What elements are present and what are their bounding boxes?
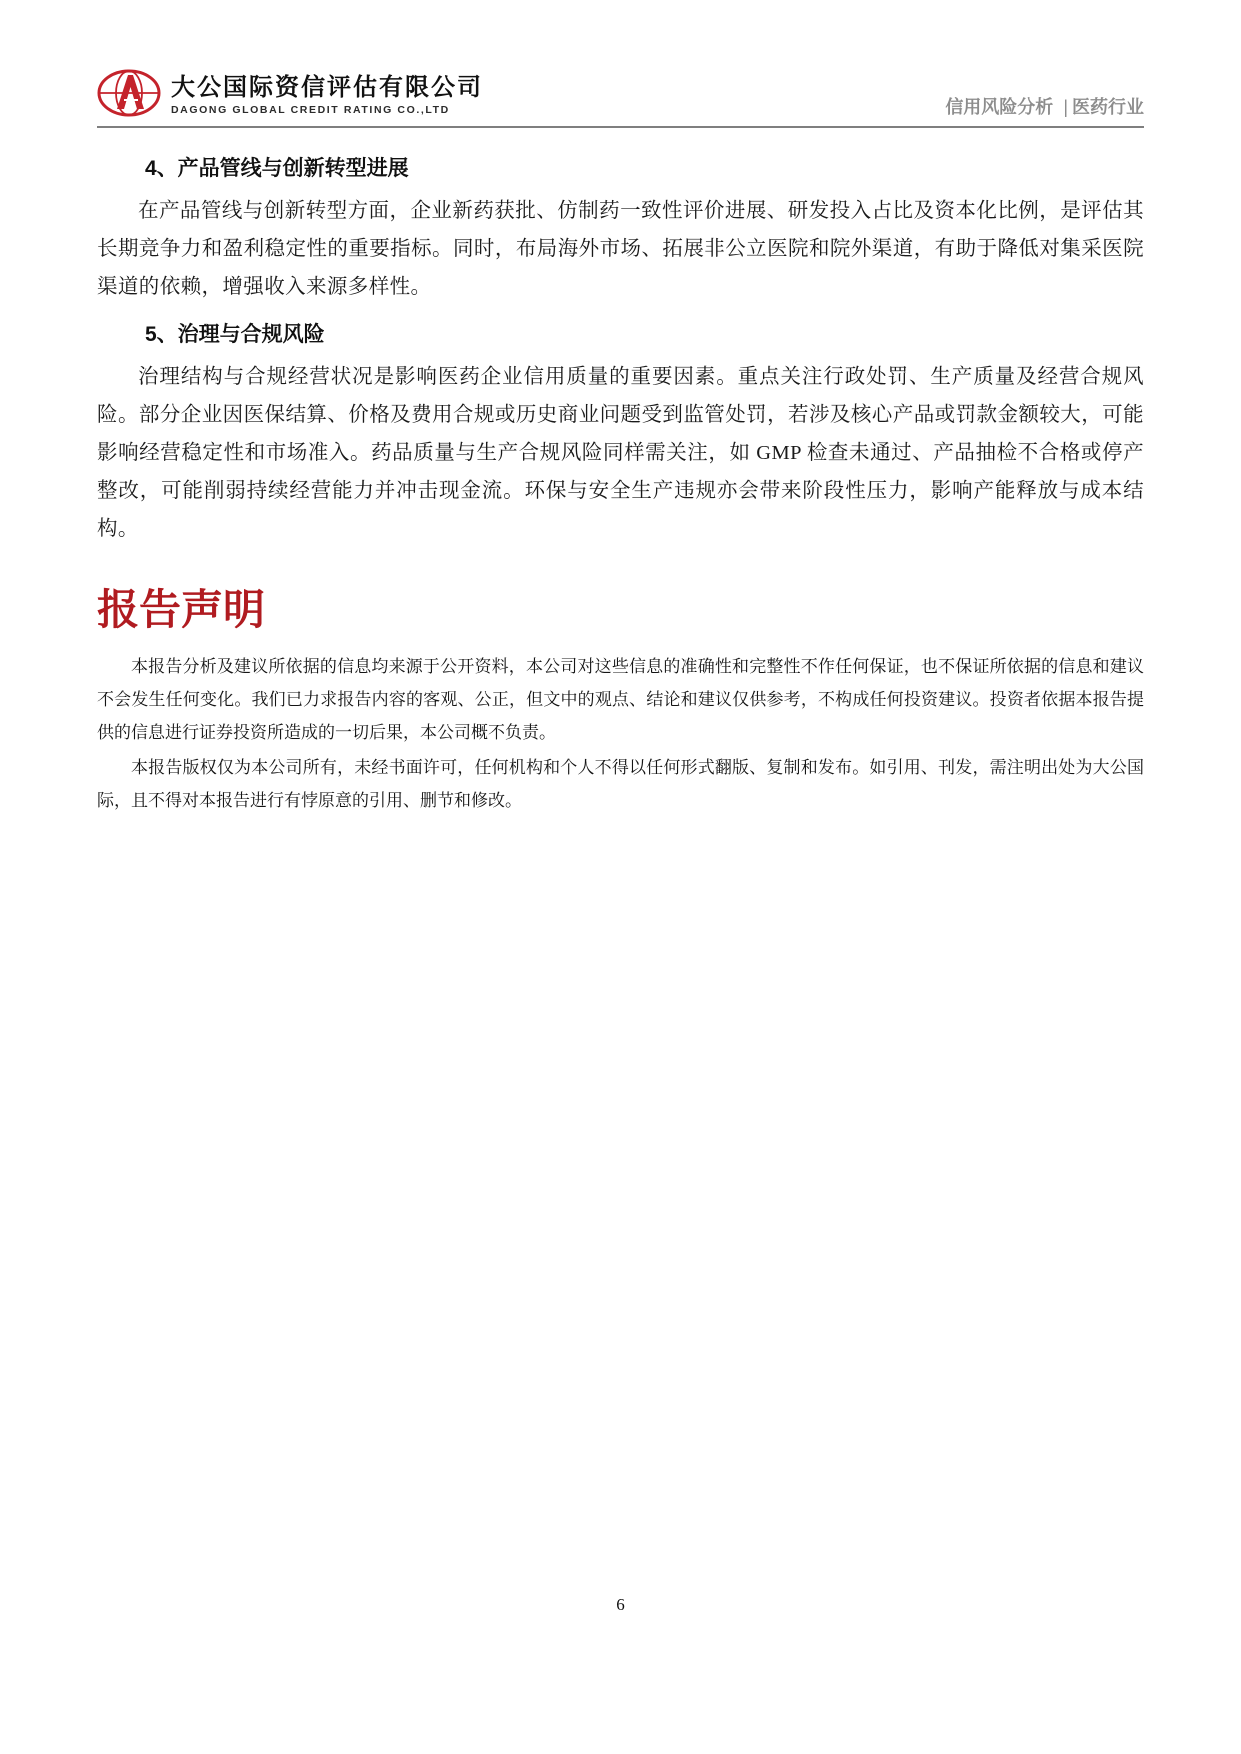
company-name-en: DAGONG GLOBAL CREDIT RATING CO.,LTD [171,105,483,116]
section-4-paragraph: 在产品管线与创新转型方面，企业新药获批、仿制药一致性评价进展、研发投入占比及资本… [97,192,1144,306]
report-industry: 医药行业 [1072,97,1144,117]
dagong-globe-icon [97,68,161,123]
company-logo: 大公国际资信评估有限公司 DAGONG GLOBAL CREDIT RATING… [97,68,483,123]
statement-title: 报告声明 [97,586,1144,636]
document-body: 4、产品管线与创新转型进展 在产品管线与创新转型方面，企业新药获批、仿制药一致性… [97,140,1144,819]
page-header: 大公国际资信评估有限公司 DAGONG GLOBAL CREDIT RATING… [97,68,1144,123]
section-5-paragraph: 治理结构与合规经营状况是影响医药企业信用质量的重要因素。重点关注行政处罚、生产质… [97,358,1144,548]
header-divider [97,126,1144,128]
section-4-heading: 4、产品管线与创新转型进展 [97,154,1144,184]
page-number: 6 [0,1595,1241,1615]
company-name-block: 大公国际资信评估有限公司 DAGONG GLOBAL CREDIT RATING… [171,75,483,115]
report-type-label: 信用风险分析|医药行业 [945,93,1144,123]
statement-paragraph-1: 本报告分析及建议所依据的信息均来源于公开资料，本公司对这些信息的准确性和完整性不… [97,650,1144,749]
statement-paragraph-2: 本报告版权仅为本公司所有，未经书面许可，任何机构和个人不得以任何形式翻版、复制和… [97,751,1144,817]
separator-bar: | [1063,97,1068,117]
report-page: 大公国际资信评估有限公司 DAGONG GLOBAL CREDIT RATING… [0,0,1241,1754]
section-5-heading: 5、治理与合规风险 [97,320,1144,350]
report-topic: 信用风险分析 [945,97,1053,117]
company-name-cn: 大公国际资信评估有限公司 [171,75,483,100]
